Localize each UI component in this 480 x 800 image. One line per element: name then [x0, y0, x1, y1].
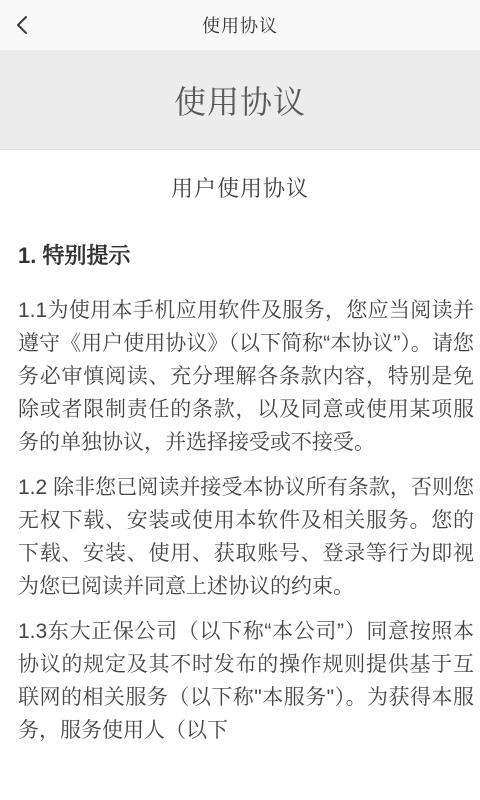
- navbar-title: 使用协议: [202, 12, 278, 38]
- agreement-paragraph: 1.3东大正保公司（以下称“本公司”）同意按照本协议的规定及其不时发布的操作规则…: [18, 615, 474, 747]
- navbar: 使用协议: [0, 0, 480, 50]
- agreement-paragraph: 1.2 除非您已阅读并接受本协议所有条款，否则您无权下载、安装或使用本软件及相关…: [18, 471, 474, 603]
- section-heading: 1. 特别提示: [18, 239, 474, 270]
- back-button[interactable]: [0, 0, 44, 50]
- agreement-screen: 使用协议 使用协议 用户使用协议 1. 特别提示 1.1为使用本手机应用软件及服…: [0, 0, 480, 800]
- agreement-paragraph: 1.1为使用本手机应用软件及服务，您应当阅读并遵守《用户使用协议》（以下简称“本…: [18, 294, 474, 459]
- page-title-banner: 使用协议: [0, 50, 480, 150]
- chevron-left-icon: [16, 15, 28, 35]
- document-title: 用户使用协议: [0, 172, 480, 203]
- agreement-content: 用户使用协议 1. 特别提示 1.1为使用本手机应用软件及服务，您应当阅读并遵守…: [0, 172, 480, 747]
- page-title: 使用协议: [174, 77, 306, 123]
